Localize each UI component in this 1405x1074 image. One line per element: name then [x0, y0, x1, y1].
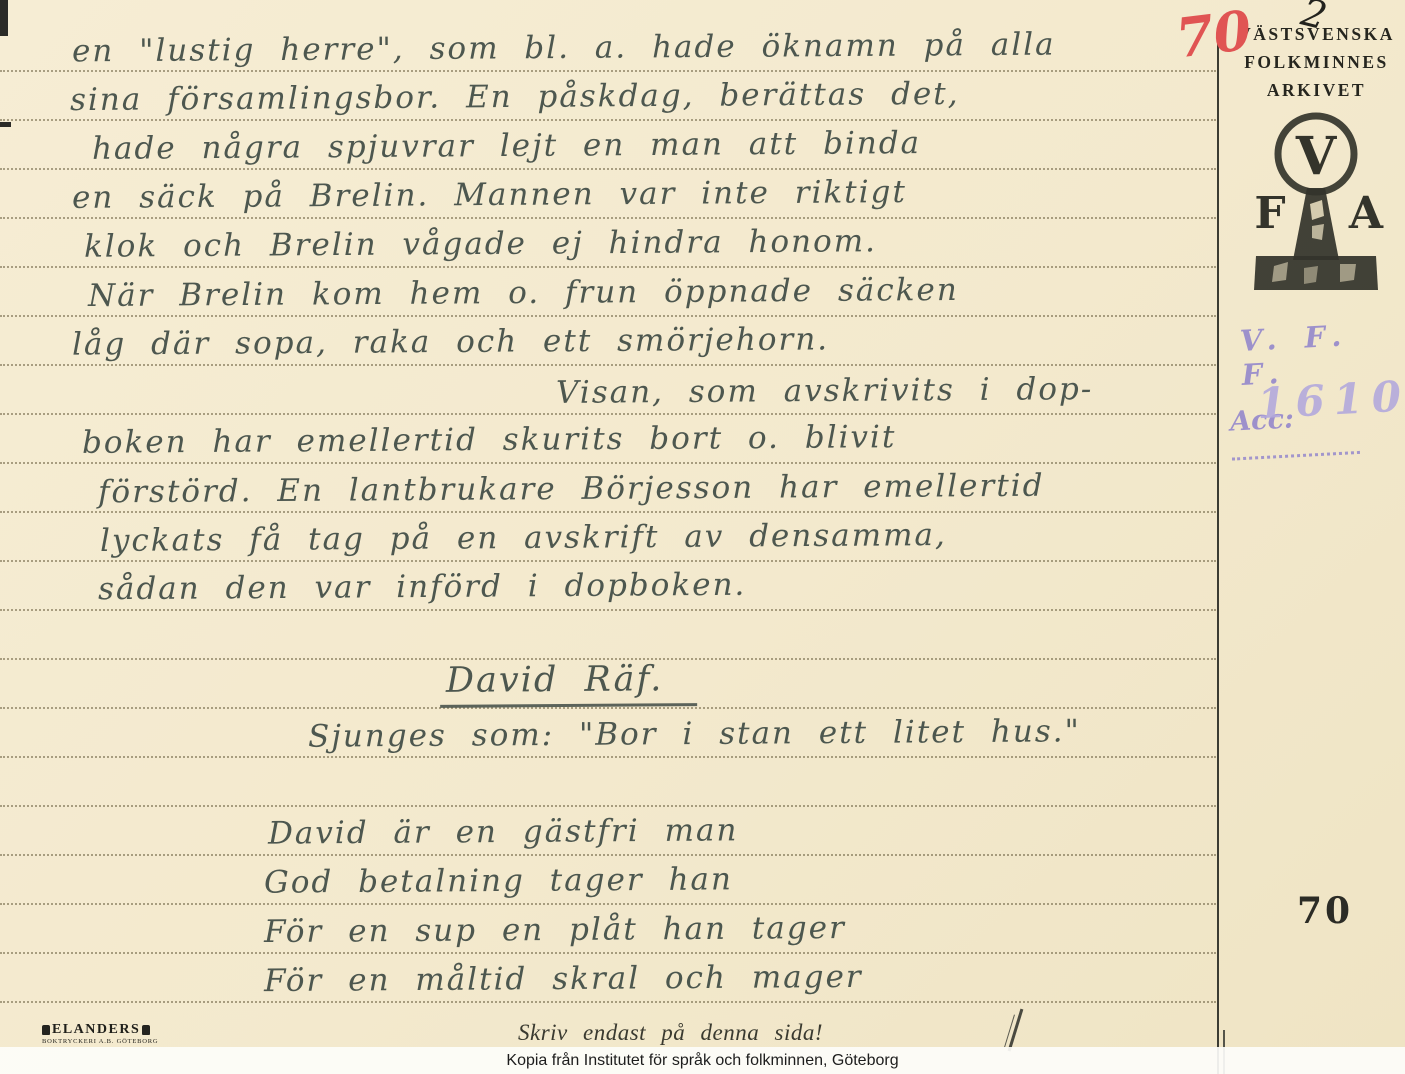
ruled-line [0, 1001, 1216, 1003]
accession-number: 1610 [1256, 371, 1405, 428]
printed-page-number: 70 [1297, 890, 1353, 932]
thors-hammer-icon: V F A [1244, 104, 1396, 304]
margin-divider-line [1217, 30, 1219, 1074]
verse-line: För en sup en plåt han tager [264, 906, 846, 954]
verse-line: David är en gästfri man [268, 808, 739, 855]
handwritten-line: förstörd. En lantbrukare Börjesson har e… [98, 464, 1045, 515]
handwritten-line: sina församlingsbor. En påskdag, berätta… [70, 72, 960, 122]
archive-name-line: VÄSTSVENSKA [1228, 20, 1405, 48]
handwritten-line: låg där sopa, raka och ett smörjehorn. [72, 317, 829, 366]
printer-ornament-icon [142, 1025, 150, 1035]
logo-letter-v: V [1295, 126, 1338, 187]
handwritten-line: en säck på Brelin. Mannen var inte rikti… [72, 170, 907, 220]
scan-edge-mark [0, 122, 11, 127]
logo-letter-f: F [1254, 188, 1285, 239]
printer-mark: ELANDERS BOKTRYCKERI A.B. GÖTEBORG [42, 1022, 158, 1045]
ruled-line [0, 903, 1216, 905]
handwritten-line: boken har emellertid skurits bort o. bli… [82, 415, 897, 465]
handwritten-line: klok och Brelin vågade ej hindra honom. [84, 219, 877, 269]
tune-reference-line: Sjunges som: "Bor i stan ett litet hus." [308, 709, 1081, 758]
copy-notice: Kopia från Institutet för språk och folk… [506, 1052, 898, 1070]
scan-edge-mark [0, 0, 8, 36]
archive-name: VÄSTSVENSKA FOLKMINNES ARKIVET [1228, 20, 1405, 104]
vfa-logo-stamp: V F A [1244, 104, 1396, 304]
red-crayon-page-number: 70 [1172, 0, 1254, 70]
handwritten-line: lyckats få tag på en avskrift av densamm… [100, 513, 947, 563]
archive-name-line: ARKIVET [1228, 76, 1405, 104]
handwritten-line: hade några spjuvrar lejt en man att bind… [92, 121, 921, 171]
verse-line: För en måltid skral och mager [264, 955, 863, 1003]
handwritten-line: När Brelin kom hem o. frun öppnade säcke… [88, 268, 959, 318]
handwritten-line: sådan den var införd i dopboken. [98, 563, 747, 612]
accession-row: Acc: 1610 [1229, 397, 1405, 440]
handwritten-line: en "lustig herre", som bl. a. hade öknam… [72, 23, 1056, 74]
song-title: David Räf. [440, 657, 698, 708]
verse-line: God betalning tager han [264, 857, 733, 904]
copy-notice-strip: Kopia från Institutet för språk och folk… [0, 1047, 1405, 1074]
printer-ornament-icon [42, 1025, 50, 1035]
ruled-line [0, 805, 1216, 807]
ruled-line [0, 952, 1216, 954]
printer-subtitle: BOKTRYCKERI A.B. GÖTEBORG [42, 1038, 158, 1045]
archive-name-line: FOLKMINNES [1228, 48, 1405, 76]
logo-letter-a: A [1348, 188, 1384, 239]
ruled-line [0, 854, 1216, 856]
printer-name: ELANDERS [52, 1022, 140, 1038]
accession-stamp: V. F. F. Acc: 1610 [1225, 315, 1405, 440]
write-only-instruction: Skriv endast på denna sida! [518, 1020, 823, 1046]
handwritten-line: Visan, som avskrivits i dop- [556, 367, 1094, 415]
